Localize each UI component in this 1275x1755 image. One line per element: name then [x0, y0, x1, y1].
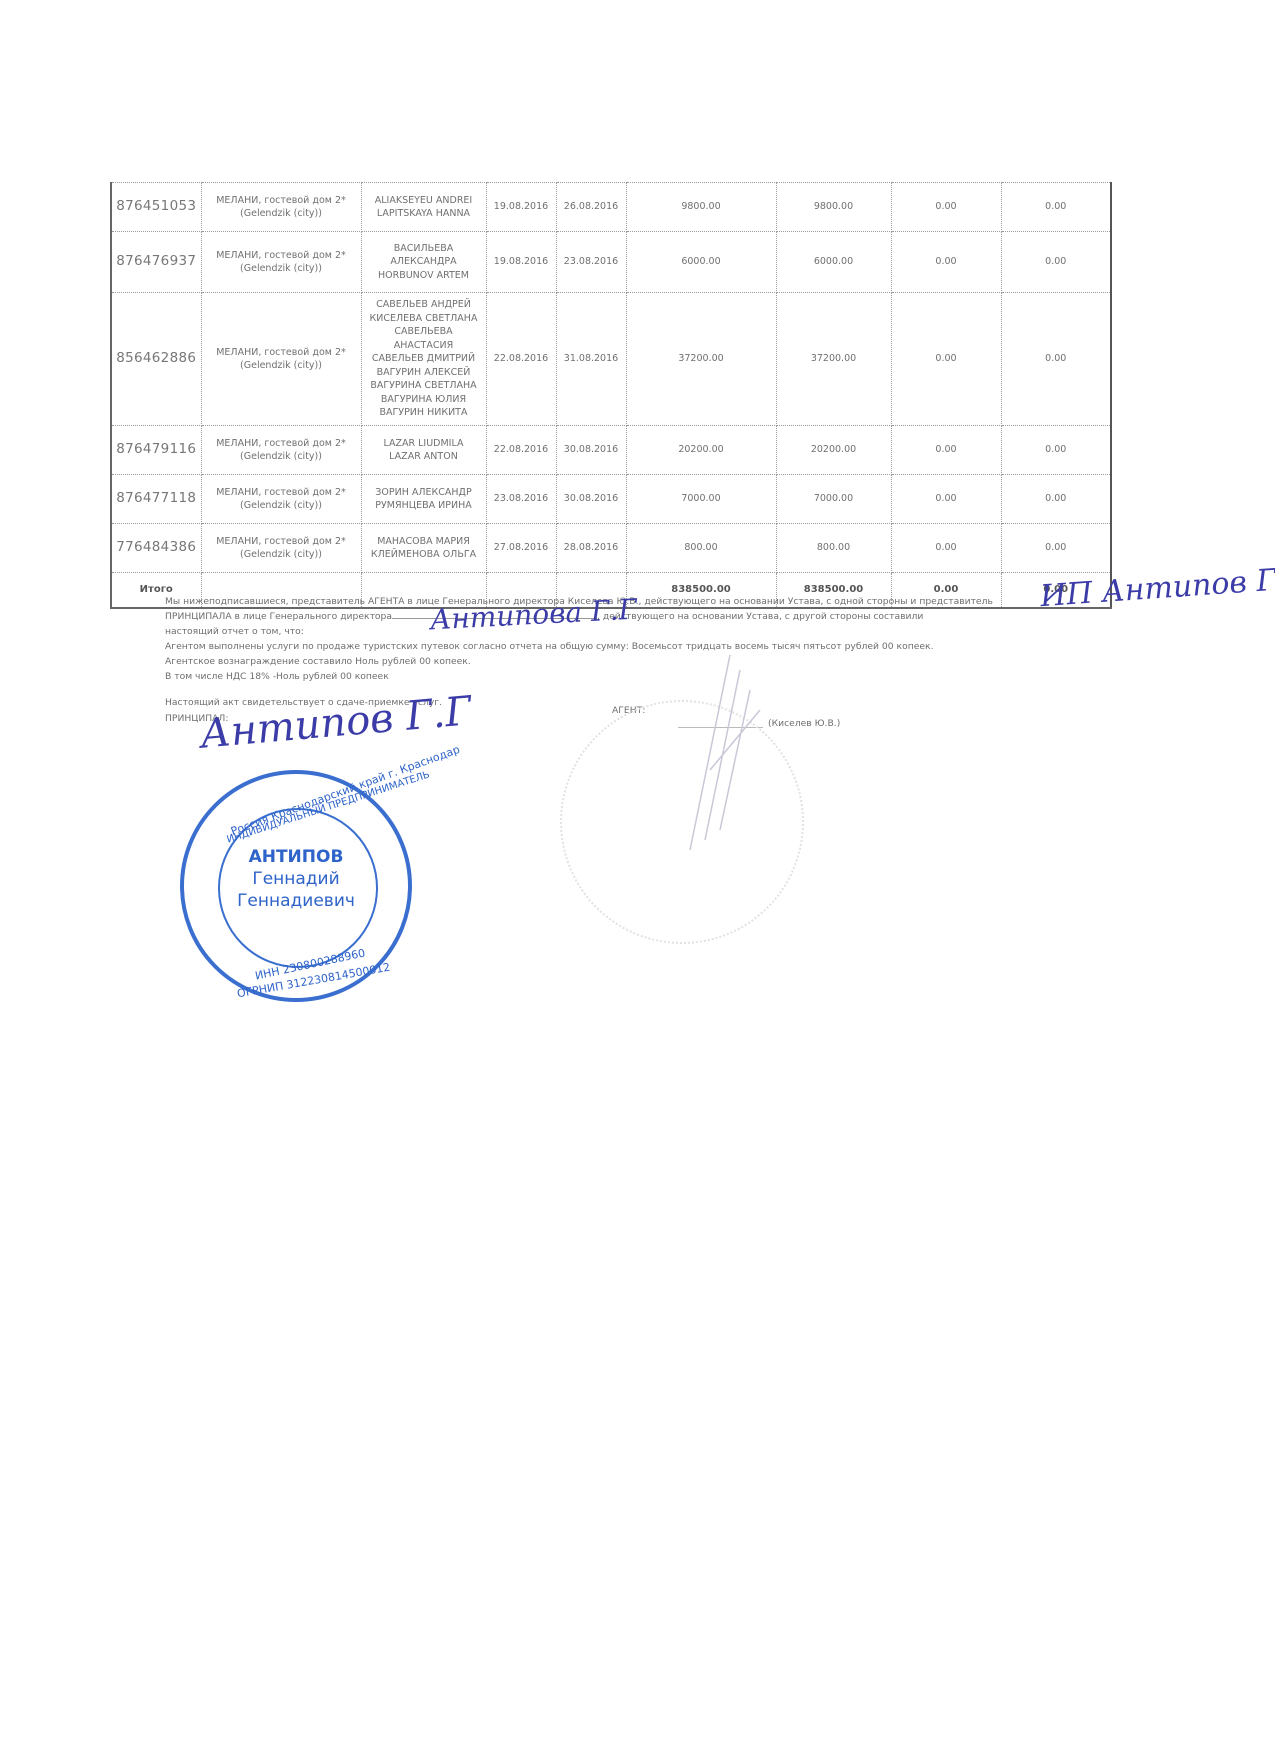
guest-name: САВЕЛЬЕВ АНДРЕЙ	[365, 298, 483, 312]
paid-amount: 20200.00	[776, 426, 891, 475]
order-id: 776484386	[111, 524, 201, 573]
guest-name: САВЕЛЬЕВ ДМИТРИЙ	[365, 352, 483, 366]
guest-name: ВАГУРИН НИКИТА	[365, 406, 483, 420]
date-from: 22.08.2016	[486, 293, 556, 426]
commission: 0.00	[891, 293, 1001, 426]
date-to: 28.08.2016	[556, 524, 626, 573]
guest-name: КИСЕЛЕВА СВЕТЛАНА	[365, 312, 483, 326]
date-to: 31.08.2016	[556, 293, 626, 426]
table-row: 876477118МЕЛАНИ, гостевой дом 2*(Gelendz…	[111, 475, 1111, 524]
amount: 37200.00	[626, 293, 776, 426]
order-id: 876479116	[111, 426, 201, 475]
paid-amount: 37200.00	[776, 293, 891, 426]
paid-amount: 800.00	[776, 524, 891, 573]
vat: 0.00	[1001, 426, 1111, 475]
vat: 0.00	[1001, 524, 1111, 573]
guest-name: САВЕЛЬЕВА	[365, 325, 483, 339]
director-label: ПРИНЦИПАЛА в лице Генерального директора	[165, 611, 392, 622]
amount: 9800.00	[626, 183, 776, 232]
order-id: 876476937	[111, 232, 201, 293]
guests-cell: МАНАСОВА МАРИЯКЛЕЙМЕНОВА ОЛЬГА	[361, 524, 486, 573]
hotel-city: (Gelendzik (city))	[205, 359, 358, 373]
guests-cell: ЗОРИН АЛЕКСАНДРРУМЯНЦЕВА ИРИНА	[361, 475, 486, 524]
amount: 6000.00	[626, 232, 776, 293]
guests-cell: ВАСИЛЬЕВААЛЕКСАНДРАHORBUNOV ARTEM	[361, 232, 486, 293]
table-row: 856462886МЕЛАНИ, гостевой дом 2*(Gelendz…	[111, 293, 1111, 426]
date-from: 19.08.2016	[486, 232, 556, 293]
hotel-cell: МЕЛАНИ, гостевой дом 2*(Gelendzik (city)…	[201, 232, 361, 293]
table-row: 876479116МЕЛАНИ, гостевой дом 2*(Gelendz…	[111, 426, 1111, 475]
guest-name: ВАГУРИНА СВЕТЛАНА	[365, 379, 483, 393]
hotel-name: МЕЛАНИ, гостевой дом 2*	[205, 535, 358, 549]
act-text-line-5: Агентское вознаграждение составило Ноль …	[165, 656, 471, 667]
hotel-name: МЕЛАНИ, гостевой дом 2*	[205, 346, 358, 360]
hotel-cell: МЕЛАНИ, гостевой дом 2*(Gelendzik (city)…	[201, 426, 361, 475]
guests-cell: САВЕЛЬЕВ АНДРЕЙКИСЕЛЕВА СВЕТЛАНАСАВЕЛЬЕВ…	[361, 293, 486, 426]
date-from: 27.08.2016	[486, 524, 556, 573]
amount: 7000.00	[626, 475, 776, 524]
paid-amount: 6000.00	[776, 232, 891, 293]
hotel-city: (Gelendzik (city))	[205, 499, 358, 513]
guest-name: МАНАСОВА МАРИЯ	[365, 535, 483, 549]
hotel-city: (Gelendzik (city))	[205, 548, 358, 562]
guest-name: КЛЕЙМЕНОВА ОЛЬГА	[365, 548, 483, 562]
order-id: 876451053	[111, 183, 201, 232]
act-text-line-3: настоящий отчет о том, что:	[165, 626, 304, 637]
report-table: 876451053МЕЛАНИ, гостевой дом 2*(Gelendz…	[110, 182, 1112, 609]
guests-cell: LAZAR LIUDMILALAZAR ANTON	[361, 426, 486, 475]
guest-name: LAPITSKAYA HANNA	[365, 207, 483, 221]
hotel-city: (Gelendzik (city))	[205, 262, 358, 276]
guest-name: ВАГУРИН АЛЕКСЕЙ	[365, 366, 483, 380]
date-from: 23.08.2016	[486, 475, 556, 524]
date-to: 23.08.2016	[556, 232, 626, 293]
company-seal-stamp: Россия Краснодарский край г. Краснодар И…	[180, 770, 412, 1002]
commission: 0.00	[891, 232, 1001, 293]
commission: 0.00	[891, 524, 1001, 573]
hotel-city: (Gelendzik (city))	[205, 450, 358, 464]
hotel-name: МЕЛАНИ, гостевой дом 2*	[205, 486, 358, 500]
hotel-name: МЕЛАНИ, гостевой дом 2*	[205, 194, 358, 208]
act-text-line-6: В том числе НДС 18% -Ноль рублей 00 копе…	[165, 671, 389, 682]
commission: 0.00	[891, 475, 1001, 524]
vat: 0.00	[1001, 475, 1111, 524]
hotel-name: МЕЛАНИ, гостевой дом 2*	[205, 249, 358, 263]
guest-name: ALIAKSEYEU ANDREI	[365, 194, 483, 208]
date-to: 26.08.2016	[556, 183, 626, 232]
hotel-cell: МЕЛАНИ, гостевой дом 2*(Gelendzik (city)…	[201, 524, 361, 573]
guest-name: LAZAR ANTON	[365, 450, 483, 464]
guest-name: АНАСТАСИЯ	[365, 339, 483, 353]
act-text-line-4: Агентом выполнены услуги по продаже тури…	[165, 641, 933, 652]
seal-patronymic: Геннадиевич	[184, 890, 408, 912]
order-id: 856462886	[111, 293, 201, 426]
agent-signature-scribble	[650, 650, 770, 870]
commission: 0.00	[891, 426, 1001, 475]
table-row: 876451053МЕЛАНИ, гостевой дом 2*(Gelendz…	[111, 183, 1111, 232]
table-row: 776484386МЕЛАНИ, гостевой дом 2*(Gelendz…	[111, 524, 1111, 573]
scanned-document-page: 876451053МЕЛАНИ, гостевой дом 2*(Gelendz…	[0, 0, 1275, 1755]
date-from: 22.08.2016	[486, 426, 556, 475]
seal-surname: АНТИПОВ	[184, 846, 408, 868]
hotel-city: (Gelendzik (city))	[205, 207, 358, 221]
hotel-cell: МЕЛАНИ, гостевой дом 2*(Gelendzik (city)…	[201, 183, 361, 232]
amount: 800.00	[626, 524, 776, 573]
seal-center-name: АНТИПОВ Геннадий Геннадиевич	[184, 846, 408, 912]
hotel-cell: МЕЛАНИ, гостевой дом 2*(Gelendzik (city)…	[201, 475, 361, 524]
guest-name: ВАГУРИНА ЮЛИЯ	[365, 393, 483, 407]
hotel-name: МЕЛАНИ, гостевой дом 2*	[205, 437, 358, 451]
guests-cell: ALIAKSEYEU ANDREILAPITSKAYA HANNA	[361, 183, 486, 232]
paid-amount: 9800.00	[776, 183, 891, 232]
date-from: 19.08.2016	[486, 183, 556, 232]
date-to: 30.08.2016	[556, 475, 626, 524]
table-row: 876476937МЕЛАНИ, гостевой дом 2*(Gelendz…	[111, 232, 1111, 293]
seal-first-name: Геннадий	[184, 868, 408, 890]
vat: 0.00	[1001, 183, 1111, 232]
guest-name: АЛЕКСАНДРА	[365, 255, 483, 269]
vat: 0.00	[1001, 232, 1111, 293]
guest-name: РУМЯНЦЕВА ИРИНА	[365, 499, 483, 513]
date-to: 30.08.2016	[556, 426, 626, 475]
agent-name: (Киселев Ю.В.)	[768, 718, 840, 729]
guest-name: HORBUNOV ARTEM	[365, 269, 483, 283]
paid-amount: 7000.00	[776, 475, 891, 524]
order-id: 876477118	[111, 475, 201, 524]
vat: 0.00	[1001, 293, 1111, 426]
guest-name: ВАСИЛЬЕВА	[365, 242, 483, 256]
act-text-line-2b: , действующего на основании Устава, с др…	[597, 611, 923, 622]
commission: 0.00	[891, 183, 1001, 232]
amount: 20200.00	[626, 426, 776, 475]
guest-name: LAZAR LIUDMILA	[365, 437, 483, 451]
hotel-cell: МЕЛАНИ, гостевой дом 2*(Gelendzik (city)…	[201, 293, 361, 426]
guest-name: ЗОРИН АЛЕКСАНДР	[365, 486, 483, 500]
